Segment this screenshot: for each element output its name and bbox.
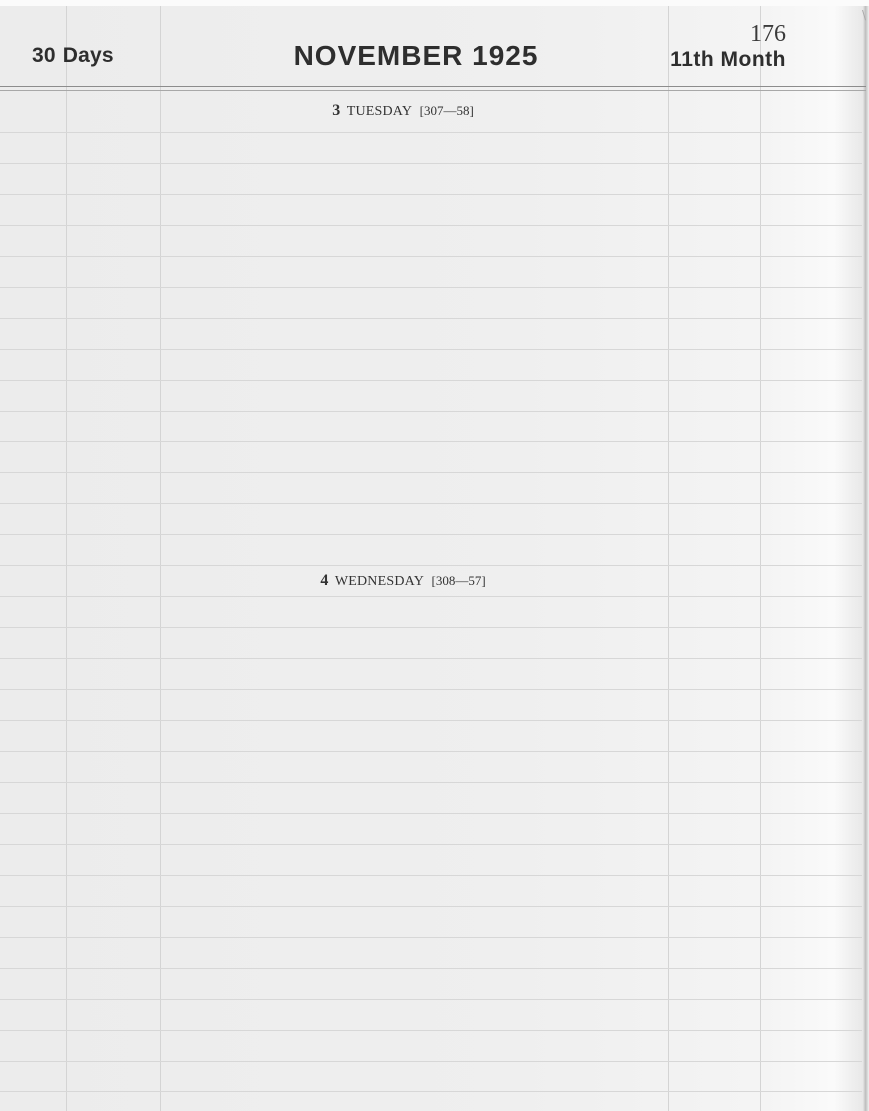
day-name: WEDNESDAY: [335, 574, 424, 589]
ruled-line: [0, 534, 862, 535]
ruled-line: [0, 472, 862, 473]
column-rule: [160, 6, 161, 1111]
ruled-line: [0, 844, 862, 845]
page-top-edge: [0, 0, 869, 6]
ruled-line: [0, 999, 862, 1000]
ruled-line: [0, 287, 862, 288]
ruled-line: [0, 658, 862, 659]
header-rule: [0, 86, 866, 87]
ruled-line: [0, 937, 862, 938]
ruled-line: [0, 132, 862, 133]
ruled-line: [0, 411, 862, 412]
ruled-line: [0, 380, 862, 381]
month-ordinal: 11th Month: [670, 48, 786, 72]
day-of-year: [307—58]: [420, 103, 474, 118]
ruled-line: [0, 1061, 862, 1062]
page-number: 176: [750, 21, 786, 48]
ruled-line: [0, 194, 862, 195]
day-number: 4: [320, 572, 328, 589]
day-number: 3: [332, 102, 340, 119]
ruled-line: [0, 225, 862, 226]
ruled-line: [0, 751, 862, 752]
day-heading-tuesday: 3 TUESDAY [307—58]: [0, 102, 806, 120]
page-corner-mark: \: [862, 8, 866, 22]
column-rule: [760, 6, 761, 1111]
ruled-line: [0, 503, 862, 504]
ruled-line: [0, 441, 862, 442]
ruled-line: [0, 813, 862, 814]
ruled-line: [0, 1030, 862, 1031]
ruled-line: [0, 782, 862, 783]
ruled-line: [0, 163, 862, 164]
ruled-line: [0, 256, 862, 257]
ruled-line: [0, 875, 862, 876]
ruled-line: [0, 318, 862, 319]
ruled-line: [0, 906, 862, 907]
ruled-line: [0, 720, 862, 721]
header-rule: [0, 90, 866, 91]
ruled-line: [0, 596, 862, 597]
ruled-line: [0, 968, 862, 969]
day-of-year: [308—57]: [432, 573, 486, 588]
ruled-line: [0, 627, 862, 628]
column-rule: [66, 6, 67, 1111]
ruled-line: [0, 349, 862, 350]
ruled-line: [0, 689, 862, 690]
ruled-line: [0, 1091, 862, 1092]
column-rule: [668, 6, 669, 1111]
day-name: TUESDAY: [347, 104, 412, 119]
diary-page: 30Days NOVEMBER 1925 176 11th Month \ 3 …: [0, 0, 869, 1111]
day-heading-wednesday: 4 WEDNESDAY [308—57]: [0, 572, 806, 590]
ruled-line: [0, 565, 862, 566]
